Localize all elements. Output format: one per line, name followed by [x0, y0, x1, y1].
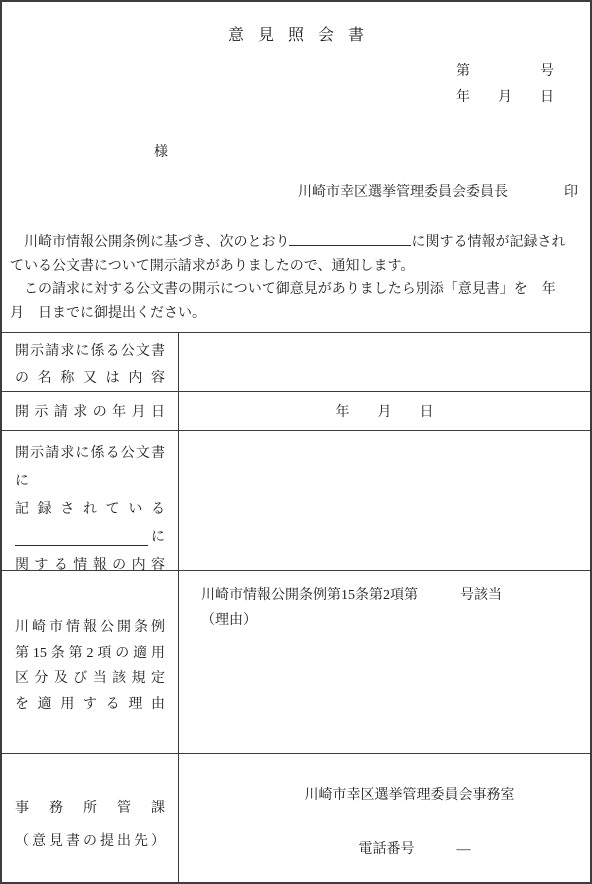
sender-line: 川崎市幸区選挙管理委員会委員長印 — [298, 181, 578, 201]
label-line: 記録されている — [15, 496, 165, 524]
intro-sentence-1-before: 川崎市情報公開条例に基づき、次のとおり — [24, 235, 289, 250]
intro-paragraphs: 川崎市情報公開条例に基づき、次のとおりに関する情報が記録されている公文書について… — [10, 231, 566, 325]
provision-field: 川崎市情報公開条例第15条第2項第 号該当 （理由） — [179, 571, 590, 754]
doc-date-line: 年 月 日 — [456, 86, 554, 106]
doc-title: 意見照会書 — [2, 22, 590, 45]
row-office-label: 事務所管課 （意見書の提出先） — [2, 754, 179, 882]
row-recorded-info-label: 開示請求に係る公文書に 記録されている に 関する情報の内容 — [2, 431, 179, 571]
doc-number-line: 第 号 — [456, 60, 554, 80]
label-line: 関する情報の内容 — [15, 552, 165, 571]
row-request-date-label: 開示請求の年月日 — [2, 392, 179, 431]
label-line: 開示請求に係る公文書 — [15, 338, 165, 365]
label-line: 事務所管課 — [15, 792, 165, 825]
office-field: 川崎市幸区選挙管理委員会事務室 電話番号 ― — [179, 754, 590, 882]
document-name-field — [179, 333, 590, 392]
provision-applicable-line: 川崎市情報公開条例第15条第2項第 号該当 — [201, 583, 580, 608]
office-name: 川崎市幸区選挙管理委員会事務室 — [179, 784, 590, 804]
intro-sentence-1: 川崎市情報公開条例に基づき、次のとおりに関する情報が記録されている公文書について… — [10, 231, 566, 278]
phone-number-line: 電話番号 ― — [179, 838, 590, 858]
document-page: 意見照会書 第 号 年 月 日 様 川崎市幸区選挙管理委員会委員長印 川崎市情報… — [0, 0, 592, 884]
label-line: の名称又は内容 — [15, 365, 165, 392]
label-line: を適用する理由 — [15, 692, 165, 718]
recorded-info-field — [179, 431, 590, 571]
label-line: 川崎市情報公開条例 — [15, 615, 165, 641]
intro-sentence-2-line1: この請求に対する公文書の開示について御意見がありましたら別添「意見書」を 年 — [10, 278, 566, 302]
fill-in-blank-line — [15, 545, 148, 546]
provision-reason-label: （理由） — [201, 608, 580, 633]
label-line: 区分及び当該規定 — [15, 666, 165, 692]
sender-name: 川崎市幸区選挙管理委員会委員長 — [298, 185, 508, 200]
row-provision-label: 川崎市情報公開条例 第15条第2項の適用 区分及び当該規定 を適用する理由 — [2, 571, 179, 754]
label-line: 第15条第2項の適用 — [15, 641, 165, 667]
seal-mark: 印 — [564, 185, 578, 200]
blank-suffix: に — [151, 524, 165, 552]
label-line: 開示請求に係る公文書に — [15, 440, 165, 496]
label-line: 開示請求の年月日 — [15, 401, 165, 421]
addressee-honorific: 様 — [154, 141, 168, 161]
request-date-field: 年 月 日 — [179, 392, 590, 431]
fill-in-blank-line — [289, 232, 411, 246]
request-date-value: 年 月 日 — [336, 401, 434, 421]
intro-sentence-2-line2: 月 日までに御提出ください。 — [10, 302, 566, 326]
label-blank-line: に — [15, 524, 165, 552]
label-line: （意見書の提出先） — [15, 825, 165, 858]
form-table: 開示請求に係る公文書 の名称又は内容 開示請求の年月日 年 月 日 開示請求に係… — [2, 332, 590, 882]
row-document-name-label: 開示請求に係る公文書 の名称又は内容 — [2, 333, 179, 392]
